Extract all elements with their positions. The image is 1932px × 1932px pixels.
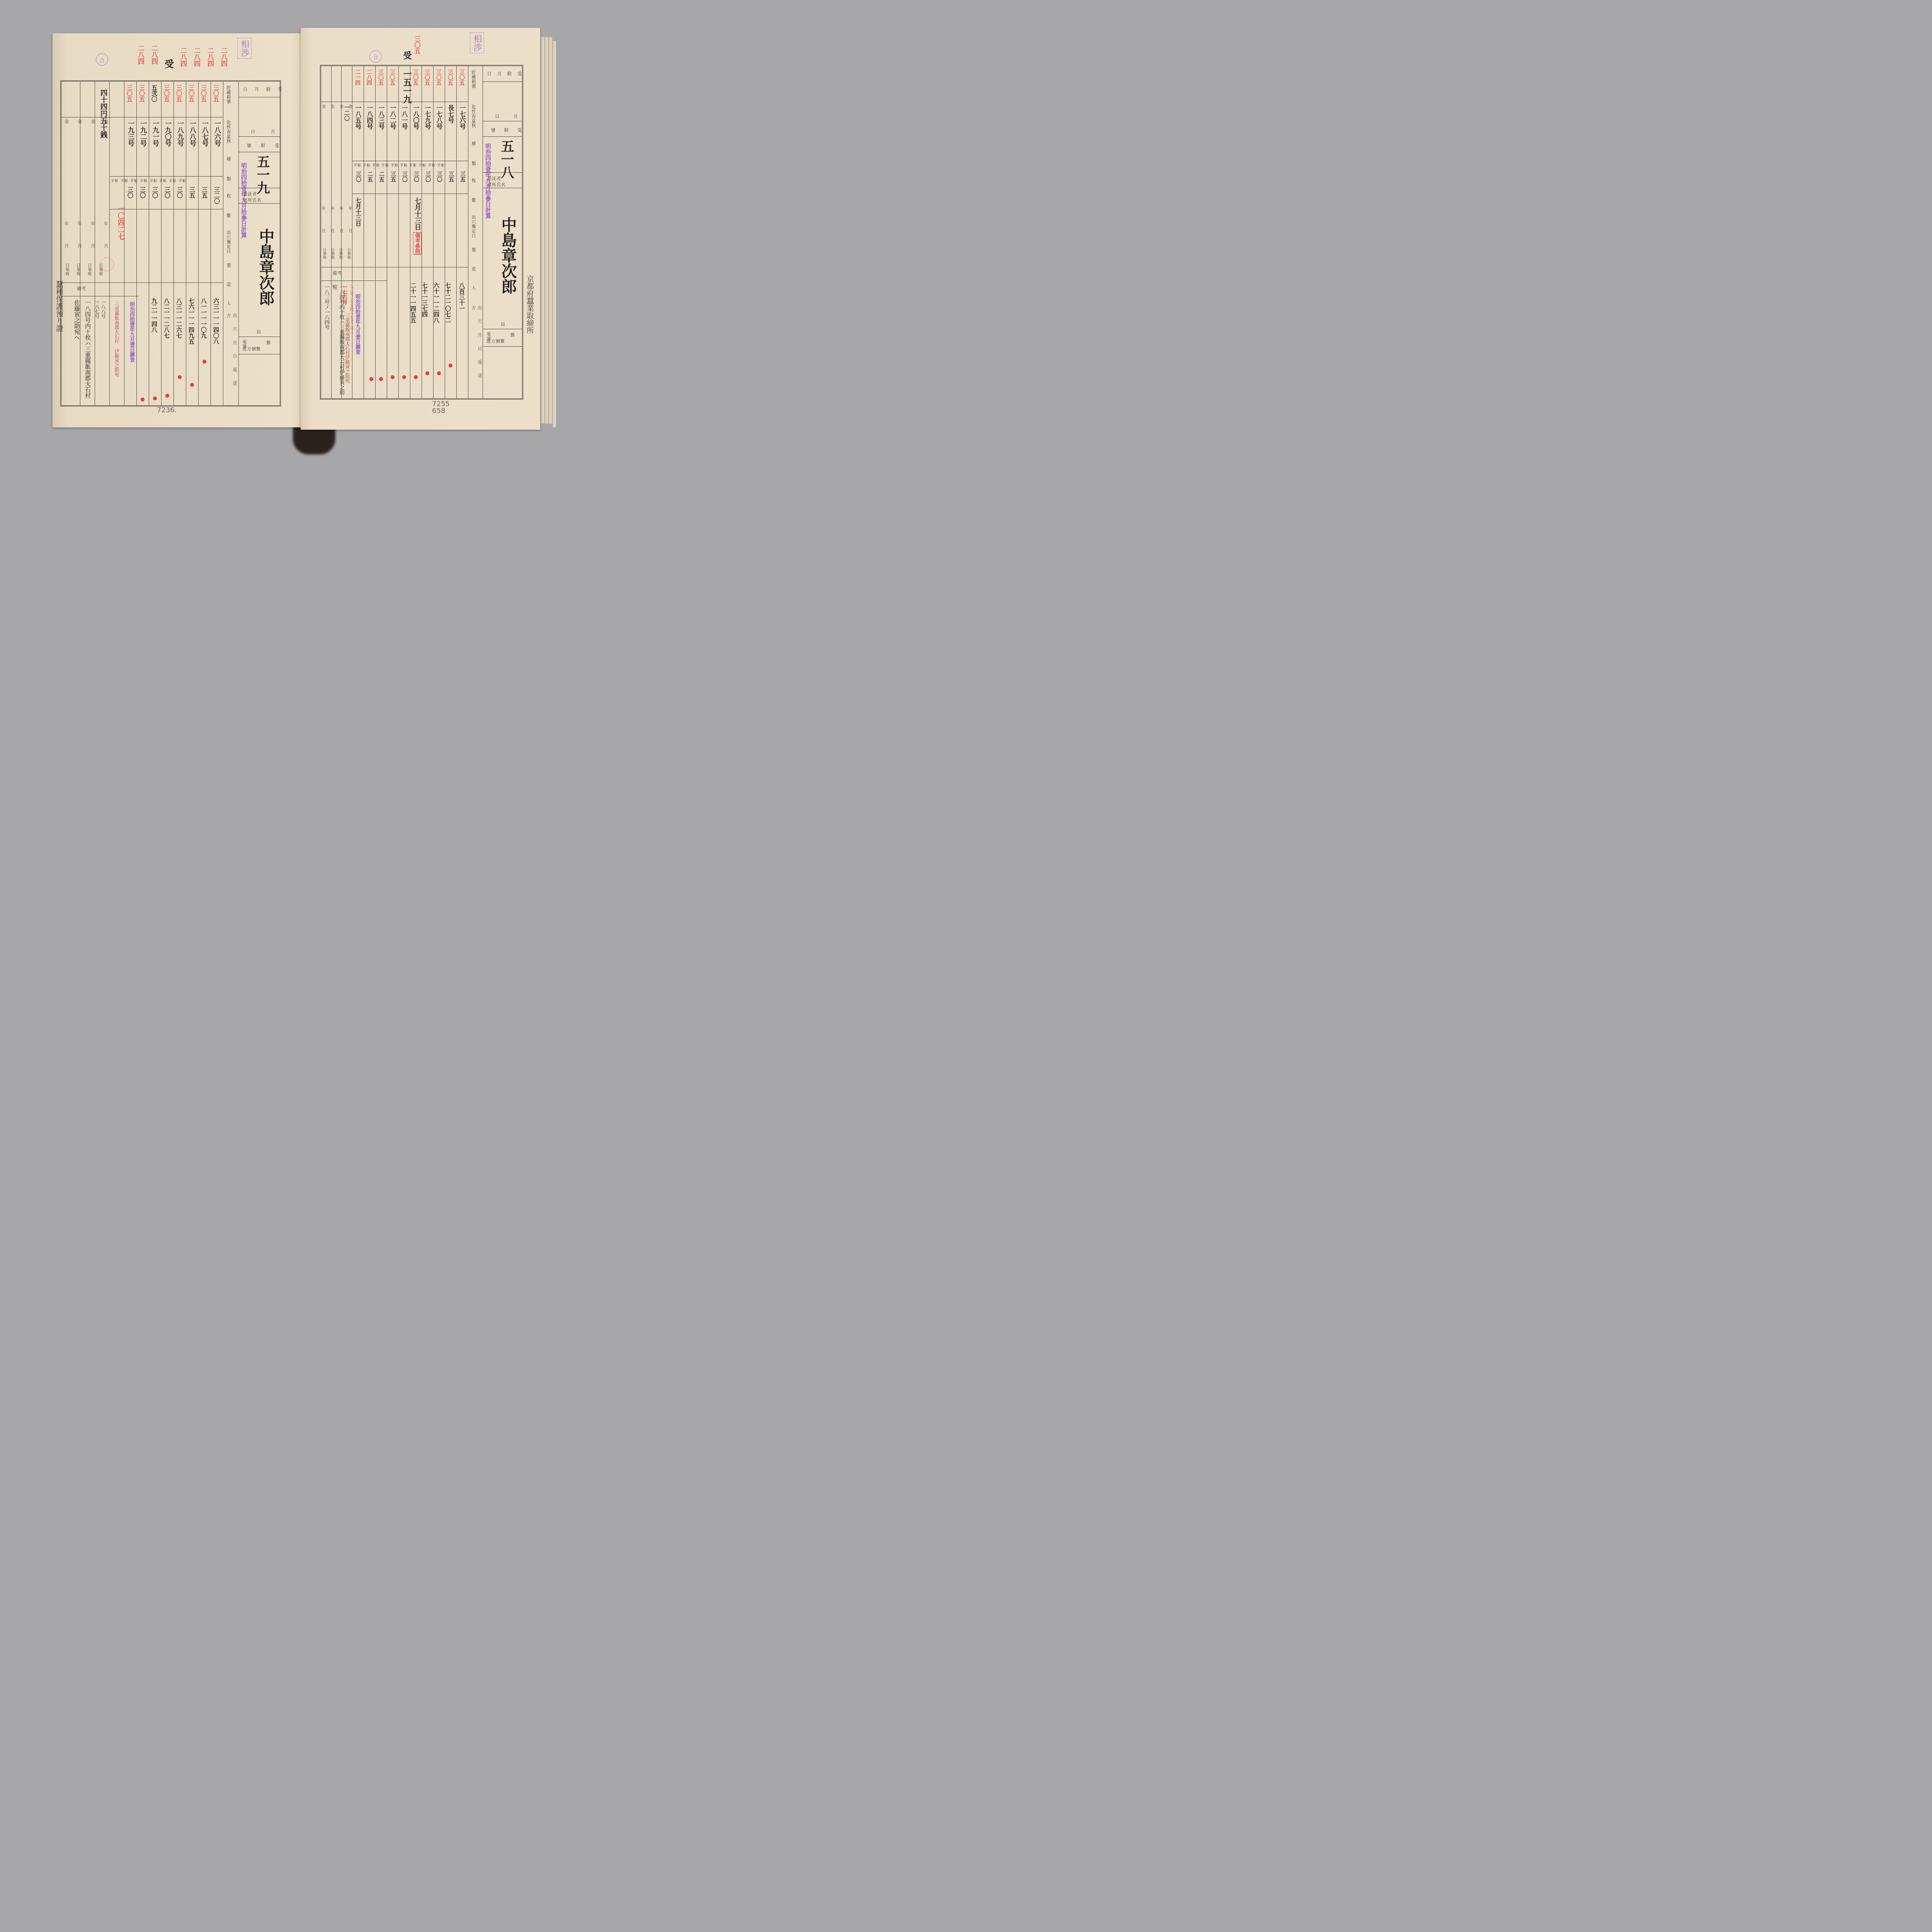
month-label: 月 (349, 228, 353, 233)
unit-label: 平框 (159, 178, 167, 183)
label-month: 月 (514, 113, 518, 119)
red-check-dot (190, 383, 194, 387)
sheet-count-label: 枚數 (470, 178, 476, 218)
year-labels: 年 年 年 年 (65, 221, 109, 227)
maker-name: 中島章次郎 (255, 228, 277, 306)
red-check-dot (391, 375, 395, 379)
unit-label: 平框 (111, 178, 119, 183)
remarks-header: 備考 (77, 286, 86, 292)
label-receive: 受 (517, 127, 522, 133)
label-attach: 附 (504, 127, 509, 133)
label-receive: 受 (517, 71, 522, 77)
left-pencil-number: 7236. (157, 406, 177, 414)
receipt-label: 日領收 (330, 248, 335, 259)
row-box-number: 三〇五 (412, 69, 419, 85)
consignor-label: 委託者 宿所氏名 (243, 191, 262, 203)
kind-label: 種類 (470, 141, 476, 181)
red-remark-address: 三重縣飯南郡大石村 伊藤寅之助宛 (114, 302, 120, 377)
page-stack-edge (549, 37, 552, 423)
divider (61, 296, 139, 296)
row-count: 三五 (389, 171, 397, 182)
divider (109, 176, 223, 177)
bottom-value: 九二一一四八 (150, 298, 158, 333)
red-check-dot (414, 375, 418, 379)
divider (398, 66, 399, 398)
label-month: 月 (497, 71, 502, 77)
row-kind: 一九〇号 (163, 120, 172, 146)
year-label: 年 (340, 205, 344, 211)
divider (186, 82, 186, 405)
survey-date-stamp: 明治四拾壹年九月壹日調査 (354, 294, 361, 354)
unit-label: 平框 (140, 178, 148, 183)
row-count: 二五 (378, 171, 385, 182)
red-annotation: 二八四 (219, 47, 228, 67)
right-pencil-number: 7255 658 (432, 401, 455, 415)
shipping-count-label: 送方個數 (242, 346, 261, 352)
row-count: 三二〇 (213, 187, 221, 204)
right-edge-title: 京都府蠶業取締所 (525, 275, 535, 334)
unit-label: 平框 (169, 178, 177, 183)
red-count-note: 一〇四二七 (116, 205, 126, 240)
row-kind: 一七六号 (458, 105, 467, 129)
row-count: 三〇 (401, 171, 408, 182)
unit-label: 平框 (400, 163, 408, 168)
label-consignor: 委託者 (243, 191, 262, 197)
red-annotation: 二八四 (178, 47, 188, 67)
year-labels: 年 年 年 年 (322, 205, 353, 211)
label-attach: 附 (266, 86, 271, 92)
label-receive: 受 (278, 86, 282, 92)
money-label: 金 (349, 103, 353, 109)
divider (422, 66, 422, 398)
label-number: 號 (491, 127, 496, 133)
row-count: 三〇 (163, 187, 172, 198)
divider (483, 66, 483, 398)
month-labels: 月 月 月 月 (65, 243, 109, 249)
label-receive: 受 (275, 143, 279, 149)
row-count: 二五 (366, 171, 374, 182)
divider (352, 161, 468, 161)
red-check-dot (202, 360, 206, 364)
received-date-header: 日 月 附 受 (487, 71, 522, 77)
variety-label: 化性春夏秋 (225, 120, 231, 143)
label-number: 號 (247, 143, 252, 149)
row-kind: 一八八号 (187, 120, 197, 146)
unit-label: 平框 (428, 163, 435, 168)
remarks-line: 一八八号 (100, 300, 107, 318)
divider (61, 117, 223, 117)
month-label: 月 (65, 243, 69, 249)
left-top-black-note: 受 (165, 56, 174, 70)
received-date-header: 日 月 附 受 (243, 86, 282, 92)
year-label: 年 (349, 205, 353, 211)
label-month: 月 (255, 86, 259, 92)
divider (321, 102, 468, 102)
divider (61, 282, 223, 283)
row-kind: 一八二号 (388, 105, 397, 129)
divider (211, 82, 211, 405)
left-top-red-annotations: 二八四 (136, 45, 145, 76)
money-label: 金 (91, 119, 95, 125)
remarks-line: 一八四号内十枚ハ三重縣飯南郡大石村 (84, 300, 92, 398)
divider (352, 194, 468, 194)
right-circle-stamp: 合 (369, 50, 382, 63)
unit-label: 平框 (130, 178, 138, 183)
row-count: 三〇 (424, 171, 432, 182)
receipt-label: 日領收 (322, 248, 327, 259)
row-count: 三〇 (139, 187, 147, 198)
row-box-number: 三〇五 (388, 69, 396, 85)
row-kind: 一八九号 (175, 120, 185, 146)
divider (109, 209, 223, 209)
label-day: 日 (251, 129, 255, 135)
received-number-label: 號 附 受 (491, 127, 522, 133)
red-check-dot (153, 396, 157, 400)
received-month-day: 日 月 (495, 113, 518, 119)
divider (321, 281, 387, 281)
survey-date-stamp: 明治四拾壹年九月壹日調査 (128, 302, 135, 362)
red-check-dot (379, 377, 383, 381)
row-count: 三〇 (412, 171, 420, 182)
divider (109, 82, 110, 405)
row-box-number: 三〇五 (212, 85, 220, 102)
divider (161, 82, 162, 405)
row-kind: 一九三号 (126, 120, 135, 146)
red-check-dot (178, 375, 182, 379)
kind-label: 種類 (225, 157, 231, 196)
red-check-dot (449, 364, 452, 367)
bottom-value: 八一一一一〇九 (200, 298, 208, 338)
bottom-value: 七六一一一四九五 (187, 298, 196, 344)
red-annotation: 二八四 (192, 47, 201, 67)
red-remark-address: 三重縣飯南郡大石村伊藤寅之助宛 (344, 313, 351, 383)
receipt-labels: 日領收 日領收 日領收 日領收 (64, 263, 103, 276)
box-number-label: 貯藏箱號 (470, 70, 476, 88)
page-stack-edge (545, 37, 548, 423)
bottom-value: 七十一三七四 (421, 282, 429, 317)
row-count: 三五 (447, 171, 455, 182)
label-month: 月 (271, 129, 276, 135)
left-sosho-stamp: 相渉 (237, 38, 252, 59)
month-label: 月 (331, 228, 335, 233)
left-page: 相渉 合 二八四 二八四 二八四 二八四 二八四 二八四 受 日 月 附 (53, 33, 304, 427)
remarks-line: 佐藤寅之助宛ヘ (73, 300, 81, 340)
money-label: 金 (340, 103, 344, 109)
money-label: 金 (322, 103, 326, 109)
label-attach: 附 (261, 143, 265, 149)
money-label: 金 (65, 119, 69, 125)
unit-label: 平框 (372, 163, 380, 168)
shipping-count-label: 送方個數 (486, 338, 505, 344)
row-kind: 一七九号 (423, 105, 432, 129)
remarks-header: 備考 (333, 270, 342, 276)
return-date-label: 出穴月日返送方 (470, 306, 483, 398)
divider (238, 136, 280, 137)
maker-name: 中島章次郎 (497, 217, 519, 294)
hatch-date-label: 出穴豫定日 (225, 230, 231, 253)
divider (483, 346, 522, 347)
row-kind: 一七八号 (435, 105, 444, 129)
receipt-label: 日領收 (75, 263, 81, 276)
divider (238, 152, 280, 152)
row-count: 三〇 (126, 187, 134, 198)
unit-label: 平框 (179, 178, 186, 183)
remarks-label: 備考 (77, 286, 86, 292)
divider (321, 267, 468, 267)
divider (456, 66, 457, 398)
divider (198, 82, 199, 405)
red-check-dot (141, 398, 145, 401)
money-labels: 金 金 金 金 (65, 119, 109, 125)
row-box-number: 三〇五 (435, 69, 442, 85)
box-number-label: 貯藏箱號 (225, 85, 231, 104)
right-sosho-stamp: 相渉 (470, 32, 484, 53)
red-see-remarks-note: 備考參照 (413, 232, 422, 255)
bottom-value: 八三一一二六七 (175, 298, 183, 338)
row-box-number: 三〇五 (126, 85, 134, 102)
variety-label: 化性春夏秋 (470, 105, 476, 128)
month-labels: 月 月 月 月 (322, 228, 353, 233)
row-count: 三〇 (435, 171, 443, 182)
row-count: 三〇 (176, 187, 184, 198)
year-label: 年 (331, 205, 335, 211)
row-kind: 一八七号 (200, 120, 209, 146)
hatch-date: 七月十三日 (412, 197, 422, 230)
divider (468, 66, 468, 398)
unit-label: 平框 (418, 163, 426, 168)
right-page: 相渉 合 三〇五 受 一五一九 日 月 附 受 日 月 (301, 28, 540, 430)
row-count: 三五 (201, 187, 209, 198)
maker-label: 製造人 (225, 263, 231, 320)
month-label: 月 (104, 243, 109, 249)
divider (483, 121, 522, 121)
left-edge-title: 蠶種保護預り證 (54, 281, 65, 332)
divider (387, 66, 387, 398)
received-number-label: 號 附 受 (247, 143, 279, 149)
unit-label: 平框 (391, 163, 398, 168)
money-label: 金 (331, 103, 335, 109)
divider (410, 66, 410, 398)
row-kind: 一九一号 (150, 120, 160, 146)
divider (238, 97, 280, 97)
red-remark-kind: 一七六号 (340, 284, 348, 304)
divider (136, 82, 137, 405)
hatch-date: 七月十三日 (354, 197, 362, 226)
unit-label: 平框 (381, 163, 389, 168)
red-annotation: 二八四 (149, 45, 159, 65)
unit-label: 平框 (121, 178, 128, 183)
hatch-date-label: 出穴豫定日 (470, 215, 476, 238)
year-label: 年 (65, 221, 69, 227)
red-check-dot (425, 371, 429, 375)
red-check-dot (402, 375, 406, 379)
maker-label: 製造人 (470, 248, 476, 304)
unit-label: 平框 (150, 178, 157, 183)
receipt-label: 日領收 (86, 263, 92, 276)
unit-label: 平框 (354, 163, 361, 168)
right-top-red-annotation: 三〇五 (413, 36, 422, 54)
unit-labels-row: 平框 平框 平框 平框 平框 平框 平框 平框 (111, 178, 186, 183)
unit-label: 平框 (363, 163, 371, 168)
row-box-number: 三〇五 (446, 69, 454, 85)
bottom-value: 八百三十一 (458, 282, 466, 311)
left-circle-stamp: 合 (96, 53, 108, 66)
bureau-label: 局 (257, 329, 261, 335)
receipt-labels: 日領收 日領收 日領收 日領收 (322, 248, 351, 259)
year-label: 年 (322, 205, 326, 211)
red-personal-seal (100, 257, 114, 271)
row-kind: 一八三号 (377, 105, 386, 129)
row-count: 三五 (459, 171, 466, 182)
open-ledger-book: 相渉 合 二八四 二八四 二八四 二八四 二八四 二八四 受 日 月 附 (46, 26, 560, 439)
year-label: 年 (78, 221, 82, 227)
divider (483, 329, 522, 329)
label-consignor: 委託者 (487, 175, 506, 182)
left-form-frame: 日 月 附 受 日 月 號 附 受 五一九 明治四拾壹年九月拾參日計算 委託者 … (60, 80, 281, 406)
money-label: 金 (104, 119, 109, 125)
money-labels: 金 金 金 金 (322, 103, 353, 109)
divider (375, 66, 376, 398)
year-label: 年 (104, 221, 109, 227)
return-date-label: 出穴月日返送方 (225, 313, 238, 405)
divider (483, 82, 522, 82)
row-count: 三〇 (151, 187, 159, 198)
label-day: 日 (487, 71, 492, 77)
row-box-number: 三〇五 (200, 85, 208, 102)
label-day: 日 (495, 113, 500, 119)
label-attach: 附 (507, 71, 512, 77)
receipt-label: 日領收 (346, 248, 351, 259)
month-label: 月 (91, 243, 95, 249)
unit-label: 平框 (437, 163, 445, 168)
month-label: 月 (78, 243, 82, 249)
remarks-line: 一八七号 (94, 300, 100, 318)
red-check-dot (437, 371, 441, 375)
divider (364, 66, 364, 398)
divider (149, 82, 149, 405)
divider (238, 337, 280, 337)
row-box-number: 三〇五 (163, 85, 171, 102)
red-annotation: 二八四 (136, 45, 144, 65)
receipt-number: 五一九 (253, 155, 272, 194)
divider (238, 82, 239, 405)
row-kind: 一九二号 (138, 120, 148, 146)
row-kind: 一八一号 (400, 105, 409, 129)
divider (483, 136, 522, 137)
right-form-frame: 日 月 附 受 日 月 號 附 受 五一八 明治四拾壹年九月拾參日計算 委託者 … (320, 65, 523, 400)
label-address-name: 宿所氏名 (487, 182, 506, 188)
bottom-value: 七十二一〇七二 (444, 282, 452, 323)
divider (173, 82, 174, 405)
page-stack-edge (553, 41, 556, 427)
divider (124, 82, 124, 405)
bottom-value: 二十一一四五五 (409, 282, 417, 323)
row-box-number: 三〇五 (175, 85, 183, 102)
red-check-dot (369, 377, 373, 381)
receipt-label: 日領收 (64, 263, 70, 276)
unit-label: 平框 (409, 163, 417, 168)
post-label: 郵 (266, 340, 271, 346)
post-label: 郵 (510, 332, 515, 338)
divider (238, 354, 280, 354)
row-box-number: 五弐〇 (150, 85, 158, 102)
row-kind: 一八〇号 (412, 105, 420, 129)
money-note: 四十四円五十銭 (98, 89, 108, 138)
divider (223, 82, 223, 405)
label-day: 日 (243, 86, 248, 92)
received-month-day: 日 月 (251, 129, 276, 135)
row-count: 三〇 (354, 171, 362, 182)
bureau-label: 局 (501, 321, 505, 327)
row-box-number: 三〇五 (423, 69, 431, 85)
row-kind: 長七号 (446, 105, 455, 123)
month-label: 月 (340, 228, 344, 233)
row-box-number: 二八四 (365, 69, 373, 85)
row-kind: 一八四号 (365, 105, 374, 129)
row-kind: 一八六号 (212, 120, 222, 146)
month-label: 月 (322, 228, 326, 233)
receipt-label: 日領收 (338, 248, 343, 259)
divider (433, 66, 434, 398)
money-label: 金 (78, 119, 82, 125)
bottom-value: 六十一一二四八 (432, 282, 440, 323)
bottom-value: 六三一一一四〇八 (212, 298, 220, 344)
bottom-value: 八二一一二八七 (163, 298, 171, 338)
receipt-number: 五一八 (497, 139, 516, 179)
row-box-number: 三〇五 (377, 69, 384, 85)
sheet-count-label: 枚數 (225, 194, 231, 233)
row-box-number: 三〇五 (187, 85, 196, 102)
label-address-name: 宿所氏名 (243, 197, 262, 203)
row-box-number: 三〇五 (458, 69, 466, 85)
remarks-line: 一八三号ノ一八四号 (323, 284, 330, 330)
row-box-number: 二一四 (354, 69, 361, 85)
row-kind: 一八五号 (354, 105, 362, 129)
red-annotation: 二八四 (205, 47, 215, 67)
divider (445, 66, 445, 398)
row-box-number: 三〇五 (138, 85, 146, 102)
row-count: 三五 (188, 187, 196, 198)
page-stack-edge (541, 37, 544, 423)
consignor-label: 委託者 宿所氏名 (487, 175, 506, 188)
red-check-dot (165, 394, 169, 398)
year-label: 年 (91, 221, 95, 227)
unit-labels-row: 平框 平框 平框 平框 平框 平框 平框 平框 平框 平框 (354, 163, 445, 168)
